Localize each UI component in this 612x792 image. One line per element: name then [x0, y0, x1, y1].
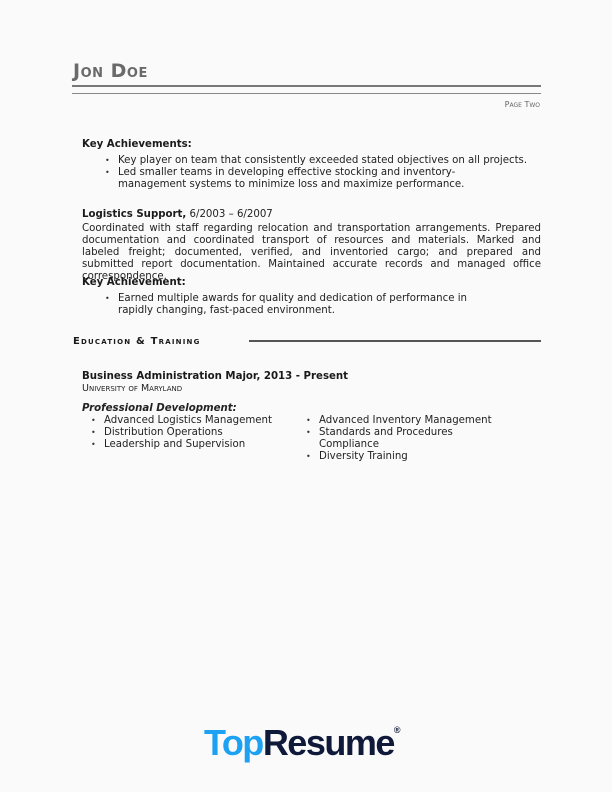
education-block: Business Administration Major, 2013 - Pr… — [82, 371, 541, 463]
list-item: Earned multiple awards for quality and d… — [105, 293, 501, 317]
job-dates: 6/2003 – 6/2007 — [186, 209, 273, 220]
section-rule — [249, 340, 541, 342]
candidate-name: Jon Doe — [73, 60, 148, 82]
list-item: Distribution Operations — [91, 427, 296, 439]
key-achievement-list: Earned multiple awards for quality and d… — [82, 293, 541, 317]
list-item: Advanced Logistics Management — [91, 415, 296, 427]
logo-top: Top — [204, 722, 263, 763]
page-label: Page Two — [505, 100, 540, 109]
header-rule-thick — [72, 85, 541, 87]
degree: Business Administration Major, 2013 - Pr… — [82, 371, 541, 383]
key-achievement-heading: Key Achievement: — [82, 277, 541, 289]
key-achievement-block: Key Achievement: Earned multiple awards … — [82, 277, 541, 317]
list-item: Standards and Procedures Compliance — [306, 427, 511, 451]
list-item: Leadership and Supervision — [91, 439, 296, 451]
key-achievements-heading: Key Achievements: — [82, 139, 541, 151]
list-item: Key player on team that consistently exc… — [105, 155, 541, 167]
pd-columns: Advanced Logistics Management Distributi… — [82, 415, 541, 463]
pd-list-right: Advanced Inventory Management Standards … — [296, 415, 511, 463]
job-heading: Logistics Support, 6/2003 – 6/2007 — [82, 209, 541, 221]
topresume-logo: TopResume® — [204, 722, 401, 764]
job-description: Coordinated with staff regarding relocat… — [82, 223, 541, 283]
key-achievements-block: Key Achievements: Key player on team tha… — [82, 139, 541, 191]
school: University of Maryland — [82, 383, 541, 395]
section-title-education: Education & Training — [73, 336, 201, 347]
list-item: Led smaller teams in developing effectiv… — [105, 167, 541, 191]
list-item: Advanced Inventory Management — [306, 415, 511, 427]
logo-resume: Resume — [263, 722, 394, 763]
job-block: Logistics Support, 6/2003 – 6/2007 Coord… — [82, 209, 541, 283]
registered-mark-icon: ® — [394, 725, 401, 735]
list-item: Diversity Training — [306, 451, 511, 463]
key-achievements-list: Key player on team that consistently exc… — [82, 155, 541, 191]
pd-heading: Professional Development: — [82, 403, 541, 415]
pd-list-left: Advanced Logistics Management Distributi… — [82, 415, 296, 463]
header-rule-thin — [72, 93, 541, 94]
job-title: Logistics Support, — [82, 209, 186, 220]
